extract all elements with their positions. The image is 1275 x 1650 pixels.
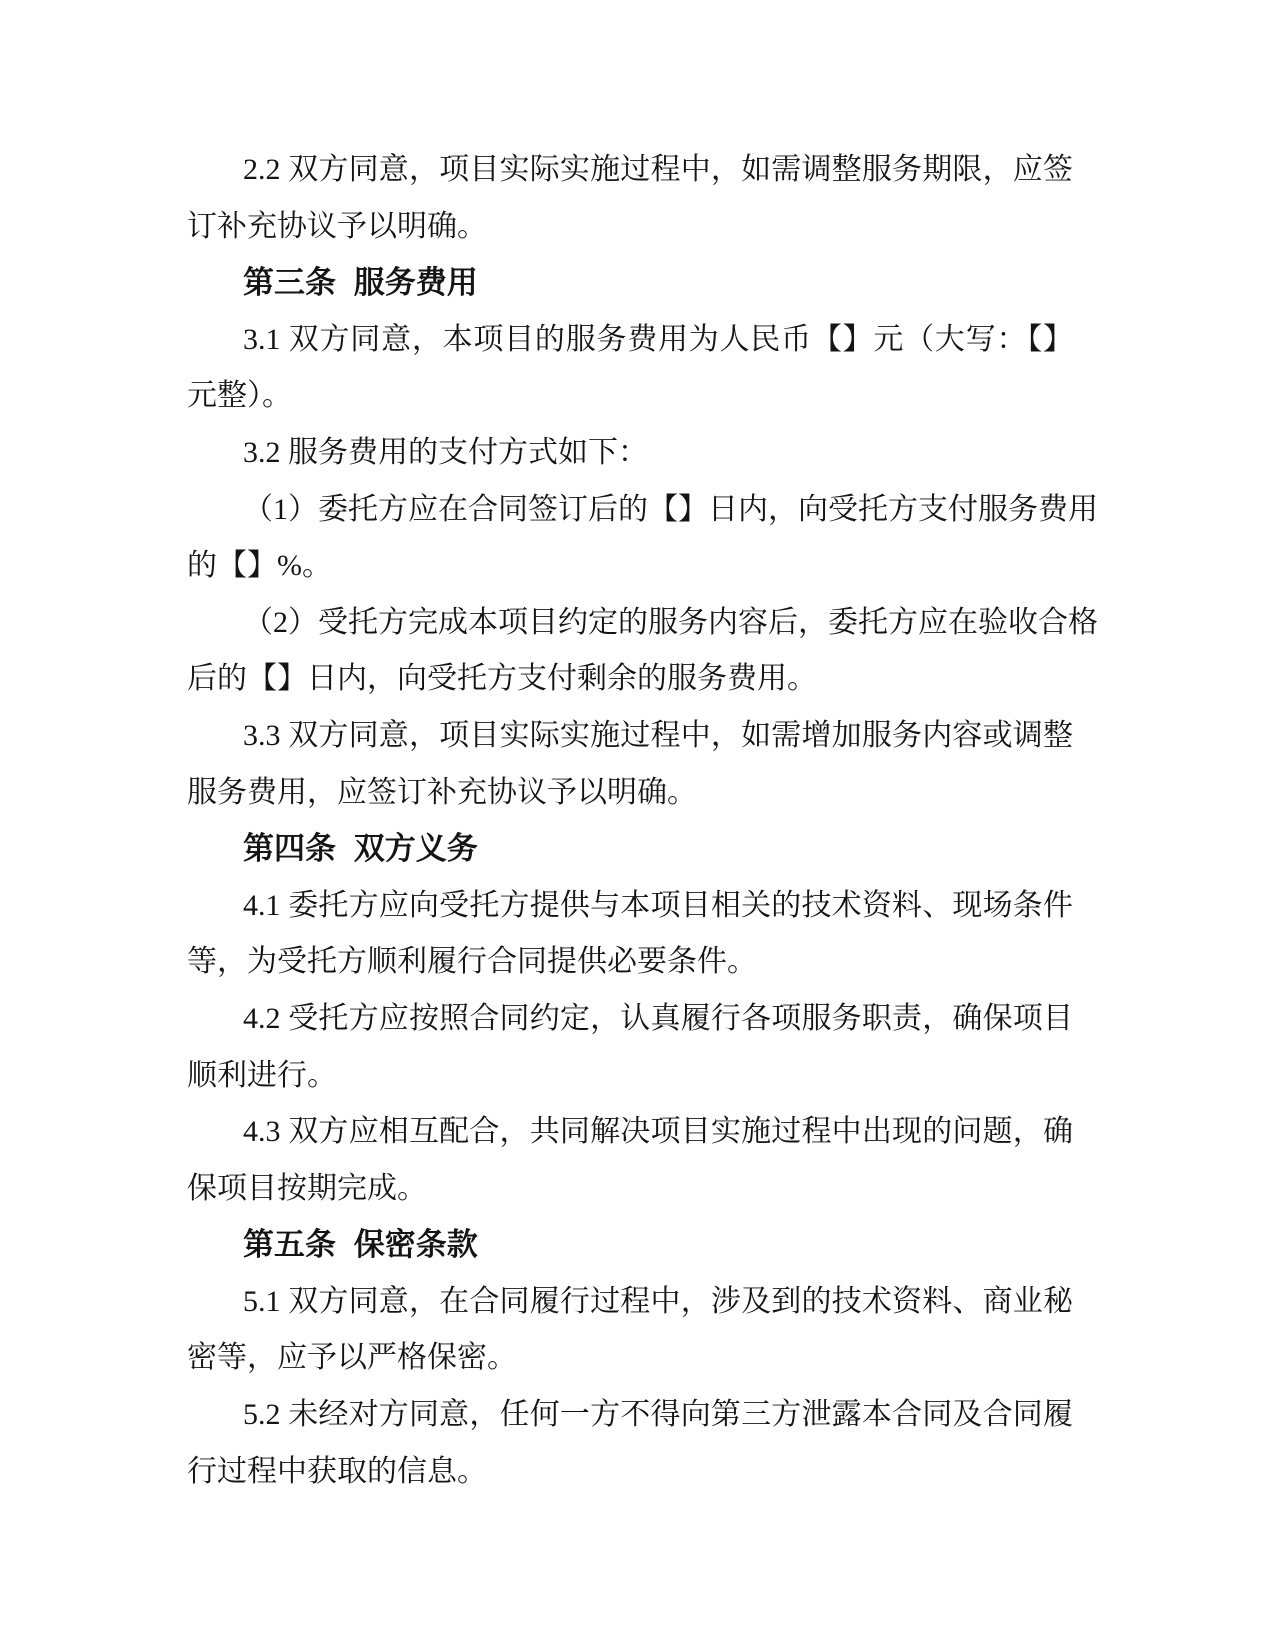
clause-3-2-item-2-line-2: 后的【】日内，向受托方支付剩余的服务费用。 (187, 651, 1073, 708)
clause-3-2-item-2-line-1: （2）受托方完成本项目约定的服务内容后，委托方应在验收合格 (187, 595, 1073, 652)
clause-2-2-line-2: 订补充协议予以明确。 (187, 199, 1073, 256)
article-4-heading: 第四条 双方义务 (187, 821, 1073, 878)
article-5-heading: 第五条 保密条款 (187, 1217, 1073, 1274)
article-3-heading: 第三条 服务费用 (187, 255, 1073, 312)
clause-5-2-line-2: 行过程中获取的信息。 (187, 1444, 1073, 1501)
clause-3-3-line-2: 服务费用，应签订补充协议予以明确。 (187, 765, 1073, 822)
clause-4-3-line-2: 保项目按期完成。 (187, 1161, 1073, 1218)
clause-4-1-line-2: 等，为受托方顺利履行合同提供必要条件。 (187, 934, 1073, 991)
clause-3-1-line-2: 元整）。 (187, 368, 1073, 425)
clause-4-1-line-1: 4.1 委托方应向受托方提供与本项目相关的技术资料、现场条件 (187, 878, 1073, 935)
clause-3-2-item-1-line-1: （1）委托方应在合同签订后的【】日内，向受托方支付服务费用 (187, 482, 1073, 539)
clause-5-1-line-2: 密等，应予以严格保密。 (187, 1330, 1073, 1387)
clause-4-2-line-1: 4.2 受托方应按照合同约定，认真履行各项服务职责，确保项目 (187, 991, 1073, 1048)
clause-3-2-item-1-line-2: 的【】%。 (187, 538, 1073, 595)
clause-3-2-line-1: 3.2 服务费用的支付方式如下： (187, 425, 1073, 482)
clause-4-2-line-2: 顺利进行。 (187, 1048, 1073, 1105)
clause-5-1-line-1: 5.1 双方同意，在合同履行过程中，涉及到的技术资料、商业秘 (187, 1274, 1073, 1331)
clause-4-3-line-1: 4.3 双方应相互配合，共同解决项目实施过程中出现的问题，确 (187, 1104, 1073, 1161)
clause-3-3-line-1: 3.3 双方同意，项目实际实施过程中，如需增加服务内容或调整 (187, 708, 1073, 765)
clause-2-2-line-1: 2.2 双方同意，项目实际实施过程中，如需调整服务期限，应签 (187, 142, 1073, 199)
clause-3-1-line-1: 3.1 双方同意，本项目的服务费用为人民币【】元（大写：【】 (187, 312, 1073, 369)
clause-5-2-line-1: 5.2 未经对方同意，任何一方不得向第三方泄露本合同及合同履 (187, 1387, 1073, 1444)
document-text: 2.2 双方同意，项目实际实施过程中，如需调整服务期限，应签 订补充协议予以明确… (187, 142, 1073, 1500)
